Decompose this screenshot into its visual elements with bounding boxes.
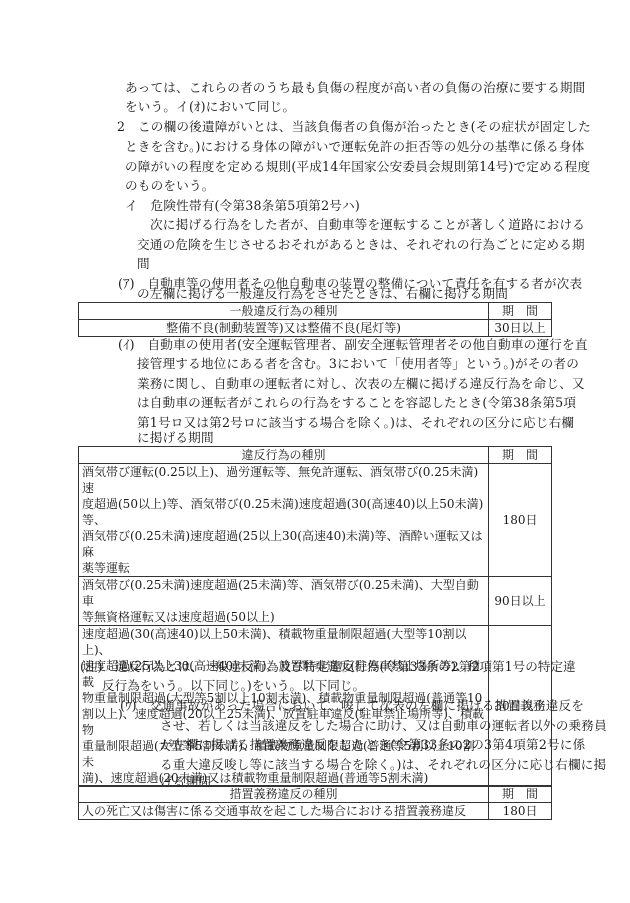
measure-obligation-table: 措置義務違反の種別 期 間 人の死亡又は傷害に係る交通事故を起こした場合における…: [78, 785, 552, 820]
cell-line: 速度超過(30(高速40)以上50未満)、積載物重量制限超過(大型等10割以上)…: [82, 626, 485, 658]
text-line: させ、若しくは当該違反をした場合に助け、又は自動車の運転者以外の乗務員: [160, 718, 607, 734]
table-header-row: 措置義務違反の種別 期 間: [79, 786, 552, 803]
table-header-cell: 期 間: [489, 786, 552, 803]
violation-table: 違反行為の種別 期 間 酒気帯び運転(0.25以上)、過労運転等、無免許運転、酒…: [78, 446, 552, 787]
cell-line: 酒気帯び(0.25未満)速度超過(25未満)等、酒気帯び(0.25未満)、大型自…: [82, 577, 485, 609]
table-header-cell: 期 間: [489, 447, 552, 464]
section-heading: イ 危険性帯有(令第38条第5項第2号ハ): [125, 198, 360, 214]
text-line: 第1号ロ又は第2号ロに該当する場合を除く。)は、それぞれの区分に応じ右欄: [137, 415, 574, 431]
cell-line: 酒気帯び(0.25未満)速度超過(25以上30(高速40)未満)等、酒酔い運転又…: [82, 528, 485, 560]
text-line: の左欄に掲げる一般違反行為をさせたときは、右欄に掲げる期間: [137, 286, 508, 302]
text-line: 間: [137, 256, 150, 272]
table-row: 人の死亡又は傷害に係る交通事故を起こした場合における措置義務違反 180日: [79, 803, 552, 820]
text-line: 接管理する地位にある者を含む。3において「使用者等」という。)がその者の: [137, 356, 579, 372]
text-line: ときを含む。)における身体の障がいで運転免許の拒否等の処分の基準に係る身体: [125, 139, 584, 155]
table-header-row: 一般違反行為の種別 期 間: [79, 303, 552, 320]
text-line: (ｳ) 交通事故があった場合において、唆して次表の左欄に掲げる措置義務違反を: [120, 698, 584, 714]
text-line: の障がいの程度を定める規則(平成14年国家公安委員会規則第14号)で定める程度: [125, 159, 590, 175]
table-header-cell: 一般違反行為の種別: [79, 303, 489, 320]
table-cell: 酒気帯び運転(0.25以上)、過労運転等、無免許運転、酒気帯び(0.25未満)速…: [79, 464, 489, 577]
table-row: 整備不良(制動装置等)又は整備不良(尾灯等) 30日以上: [79, 320, 552, 337]
cell-line: 度超過(50以上)等、酒気帯び(0.25未満)速度超過(30(高速40)以上50…: [82, 496, 485, 528]
table-header-cell: 措置義務違反の種別: [79, 786, 489, 803]
table-row: 酒気帯び(0.25未満)速度超過(25未満)等、酒気帯び(0.25未満)、大型自…: [79, 577, 552, 626]
table-row: 酒気帯び運転(0.25以上)、過労運転等、無免許運転、酒気帯び(0.25未満)速…: [79, 464, 552, 577]
table-cell: 人の死亡又は傷害に係る交通事故を起こした場合における措置義務違反: [79, 803, 489, 820]
text-line: は自動車の運転者がこれらの行為をすることを容認したとき(令第38条第5項: [137, 395, 576, 411]
table-cell: 整備不良(制動装置等)又は整備不良(尾灯等): [79, 320, 489, 337]
note-line: 反行為をいう。以下同じ。)をいう。以下同じ。: [102, 678, 365, 694]
table-cell-period: 90日以上: [489, 577, 552, 626]
text-line: (ｲ) 自動車の使用者(安全運転管理者、副安全運転管理者その他自動車の運行を直: [118, 337, 588, 353]
text-line: のものをいう。: [125, 178, 215, 194]
cell-line: 酒気帯び運転(0.25以上)、過労運転等、無免許運転、酒気帯び(0.25未満)速: [82, 464, 485, 496]
cell-line: 等無資格運転又は速度超過(50以上): [82, 609, 485, 625]
text-line: 2 この欄の後遺障がいとは、当該負傷者の負傷が治ったとき(その症状が固定した: [117, 119, 591, 135]
cell-line: 薬等運転: [82, 560, 485, 576]
table-header-cell: 違反行為の種別: [79, 447, 489, 464]
text-line: が左欄に掲げる措置義務違反をしたとき(令第33条の2の3第4項第2号に係: [160, 737, 585, 753]
table-cell: 30日以上: [489, 320, 552, 337]
text-line: に掲げる期間: [137, 430, 214, 446]
text-line: 次に掲げる行為をした者が、自動車等を運転することが著しく道路における: [150, 217, 585, 233]
table-header-cell: 期 間: [489, 303, 552, 320]
text-line: 交通の危険を生じさせるおそれがあるときは、それぞれの行為ごとに定める期: [137, 237, 585, 253]
table-cell-period: 180日: [489, 803, 552, 820]
text-line: あっては、これらの者のうち最も負傷の程度が高い者の負傷の治療に要する期間: [125, 80, 585, 96]
text-line: をいう。イ(ｵ)において同じ。: [125, 99, 295, 115]
text-line: る重大違反唆し等に該当する場合を除く。)は、それぞれの区分に応じ右欄に掲: [160, 757, 606, 773]
table-header-row: 違反行為の種別 期 間: [79, 447, 552, 464]
table-cell-period: 180日: [489, 464, 552, 577]
note-line: (注) 違反行為とは、一般違反行為及び特定違反行為(令第33条の2第2項第1号の…: [80, 659, 576, 675]
table-cell: 酒気帯び(0.25未満)速度超過(25未満)等、酒気帯び(0.25未満)、大型自…: [79, 577, 489, 626]
general-violation-table: 一般違反行為の種別 期 間 整備不良(制動装置等)又は整備不良(尾灯等) 30日…: [78, 302, 552, 337]
text-line: 業務に関し、自動車の運転者に対し、次表の左欄に掲げる違反行為を命じ、又: [137, 376, 585, 392]
